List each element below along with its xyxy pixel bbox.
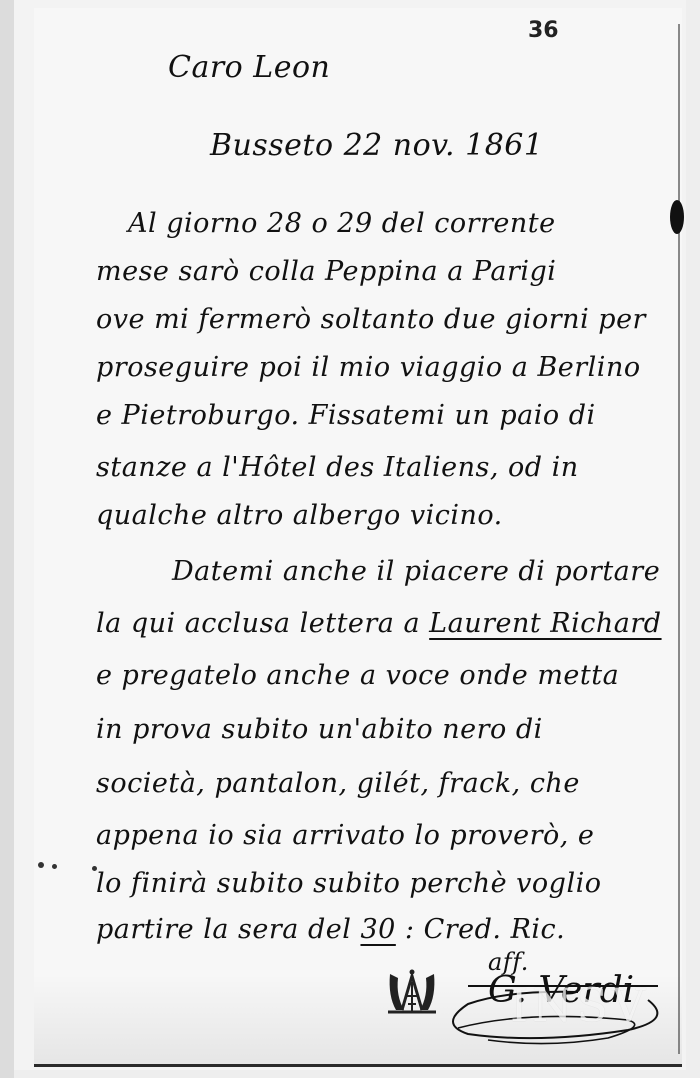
archive-watermark: INSV: [510, 978, 649, 1032]
body-line-2: mese sarò colla Peppina a Parigi: [96, 256, 556, 287]
ink-spot: [52, 864, 57, 869]
monogram-stamp-icon: [384, 966, 440, 1018]
body-line-7: qualche altro albergo vicino.: [96, 500, 503, 531]
scanner-margin-left: [0, 0, 14, 1078]
page-number: 36: [528, 18, 559, 43]
page-fold-edge: [678, 24, 680, 1054]
ink-spot: [38, 862, 44, 868]
recipient-name-underlined: Laurent Richard: [429, 608, 661, 639]
body-line-5: e Pietroburgo. Fissatemi un paio di: [96, 400, 596, 431]
ink-blot: [670, 200, 684, 234]
body-line-13: appena io sia arrivato lo proverò, e: [96, 820, 594, 851]
departure-date-underlined: 30: [360, 914, 395, 945]
body-line-3: ove mi fermerò soltanto due giorni per: [96, 304, 646, 335]
body-line-10: e pregatelo anche a voce onde metta: [96, 660, 619, 691]
salutation: Caro Leon: [168, 50, 330, 85]
body-line-15-text: partire la sera del: [96, 914, 360, 945]
dateline: Busseto 22 nov. 1861: [210, 128, 543, 163]
body-line-6: stanze a l'Hôtel des Italiens, od in: [96, 452, 579, 483]
body-line-8: Datemi anche il piacere di portare: [172, 556, 660, 587]
body-line-15: partire la sera del 30 : Cred. Ric.: [96, 914, 565, 945]
body-line-11: in prova subito un'abito nero di: [96, 714, 543, 745]
body-line-14: lo finirà subito subito perchè voglio: [96, 868, 601, 899]
body-line-12: società, pantalon, gilét, frack, che: [96, 768, 580, 799]
body-line-1: Al giorno 28 o 29 del corrente: [128, 208, 556, 239]
body-line-9: la qui acclusa lettera a Laurent Richard: [96, 608, 662, 639]
ink-spot: [92, 866, 97, 871]
letter-page: [34, 8, 682, 1067]
body-line-4: proseguire poi il mio viaggio a Berlino: [96, 352, 641, 383]
body-line-15-tail: : Cred. Ric.: [396, 914, 565, 945]
body-line-9-text: la qui acclusa lettera a: [96, 608, 429, 639]
